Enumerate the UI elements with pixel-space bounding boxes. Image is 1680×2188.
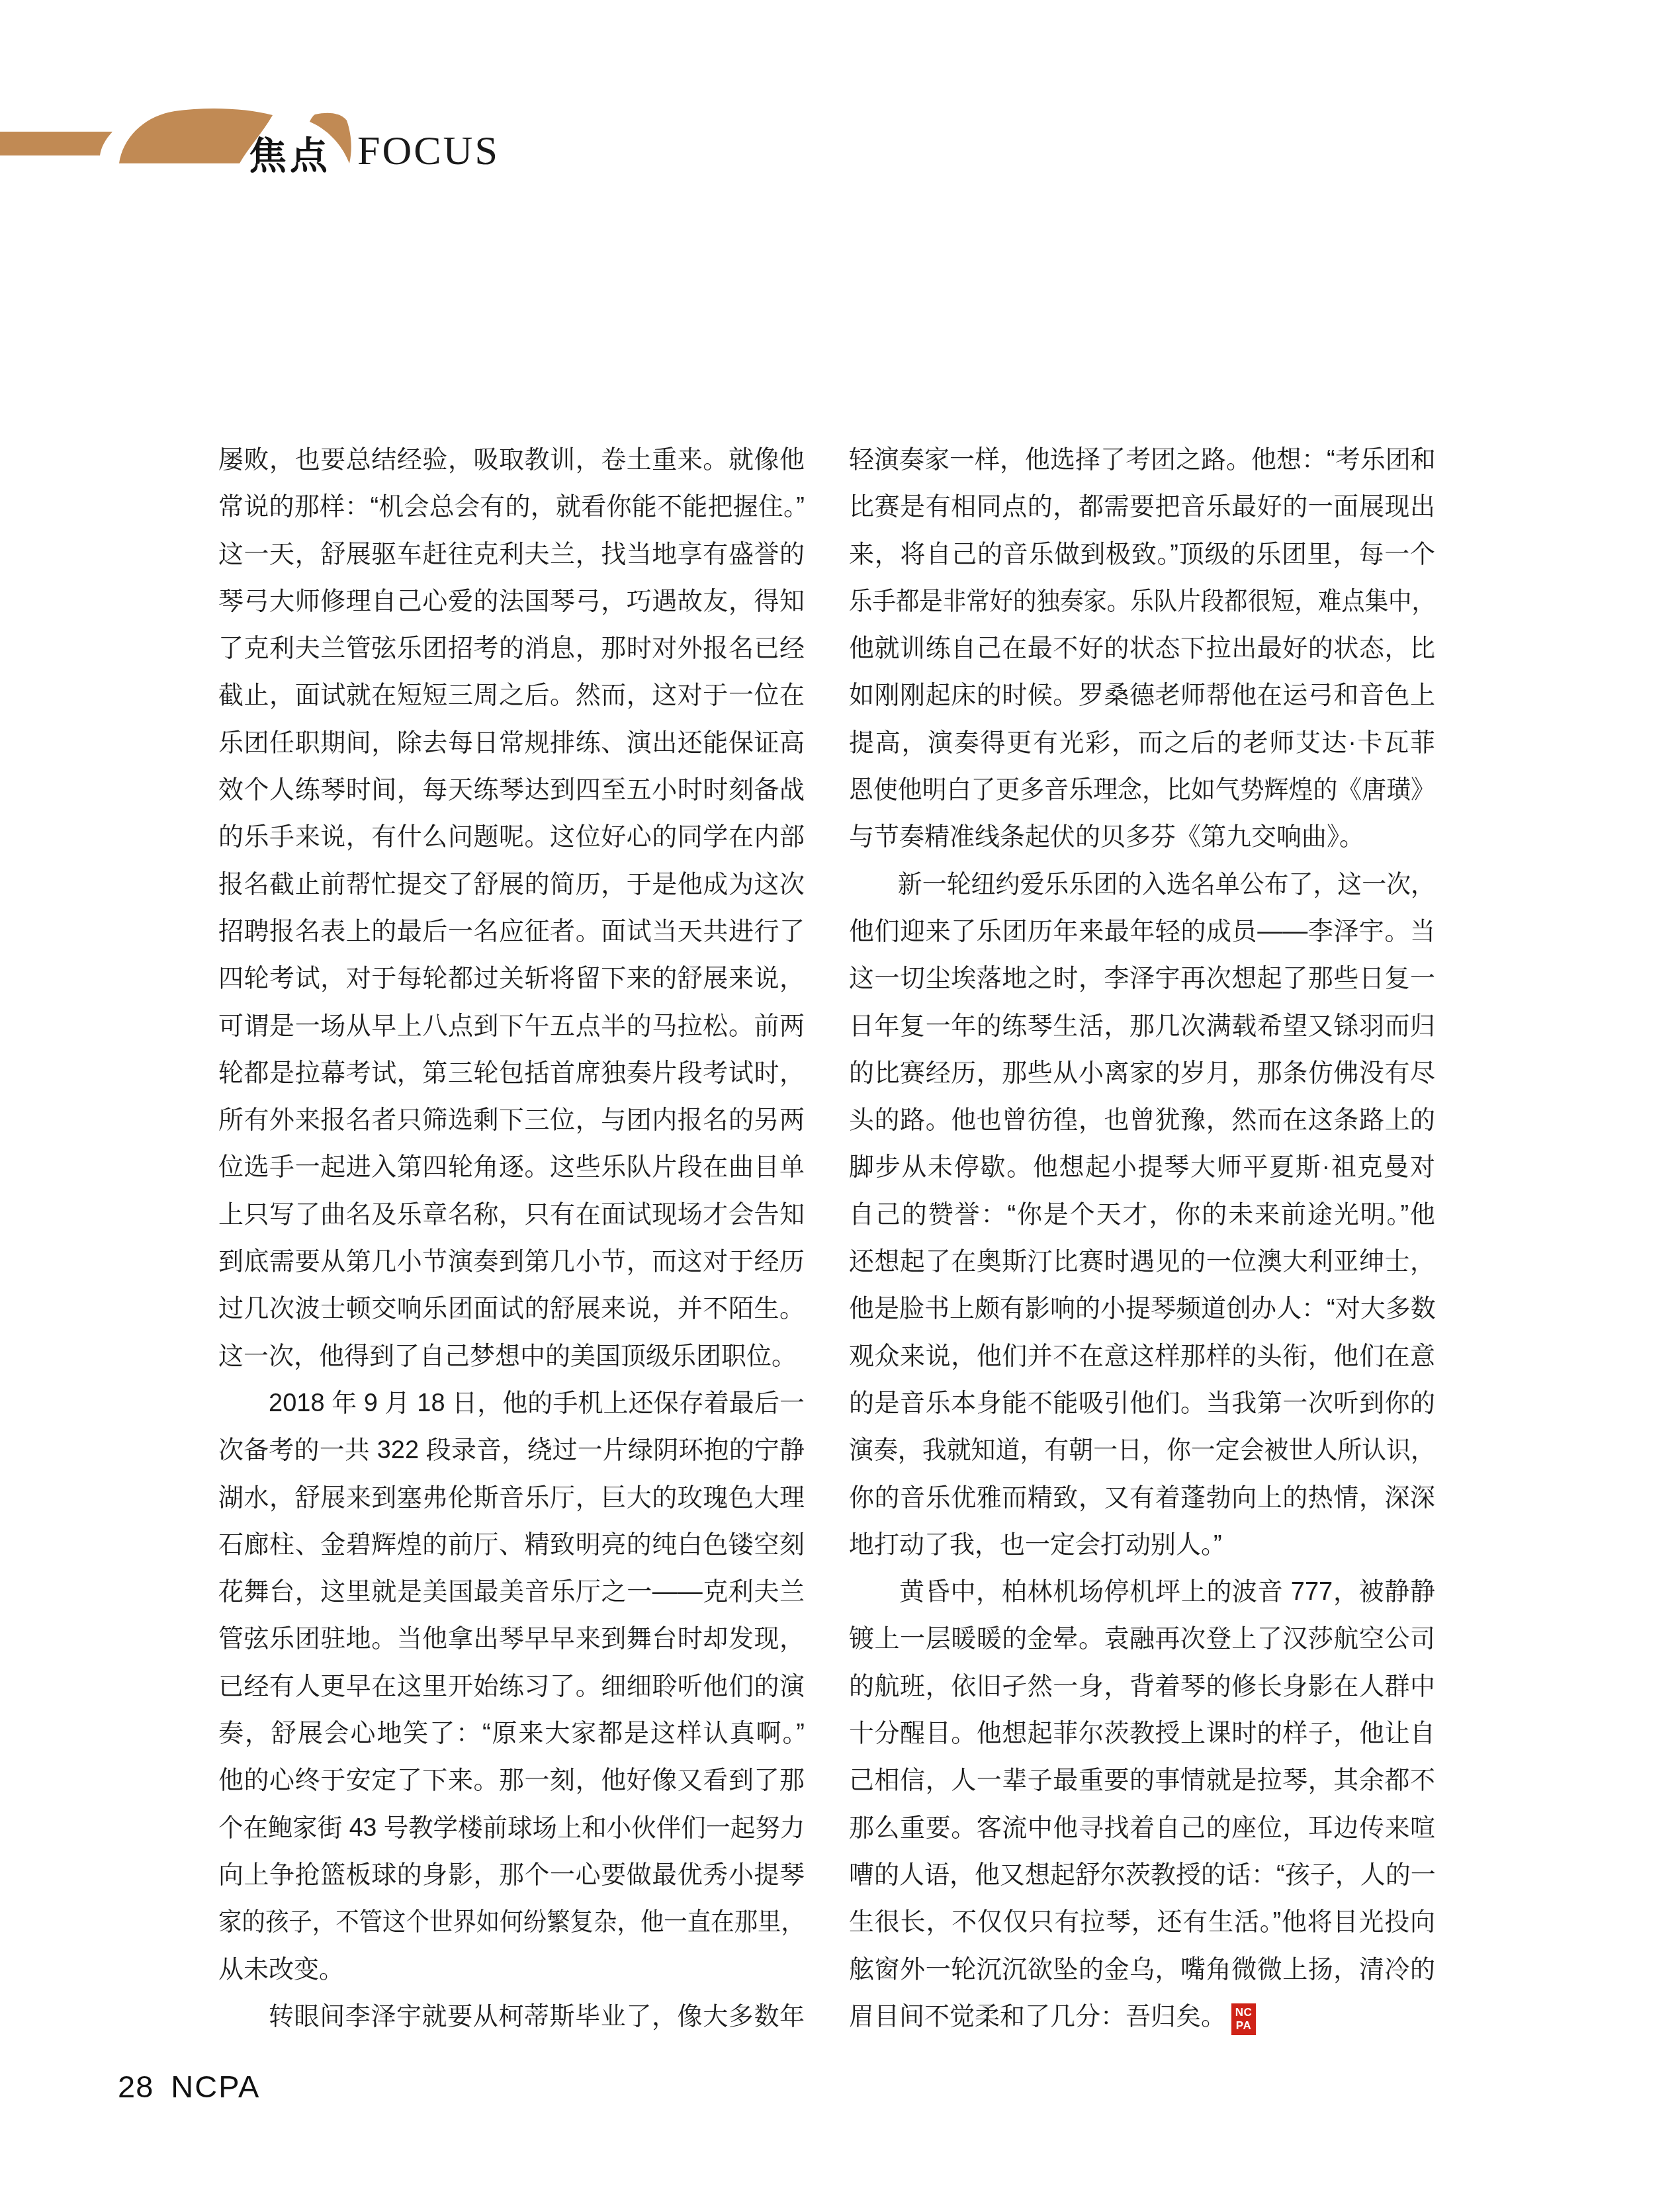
- page-footer: 28NCPA: [118, 2068, 260, 2105]
- text-line: 个在鲍家街 43 号教学楼前球场上和小伙伴们一起努力: [218, 1805, 796, 1852]
- text-line: 这一次，他得到了自己梦想中的美国顶级乐团职位。: [218, 1333, 805, 1380]
- text-line: 四轮考试，对于每轮都过关斩将留下来的舒展来说，: [218, 955, 805, 1002]
- text-line: 那么重要。客流中他寻找着自己的座位，耳边传来喧: [849, 1805, 1435, 1852]
- text-line: 奏，舒展会心地笑了：“原来大家都是这样认真啊。”: [218, 1710, 805, 1757]
- text-line: 常说的那样：“机会总会有的，就看你能不能把握住。”: [218, 484, 805, 531]
- text-line: 上只写了曲名及乐章名称，只有在面试现场才会告知: [218, 1192, 805, 1239]
- text-line: 演奏，我就知道，有朝一日，你一定会被世人所认识，: [849, 1427, 1419, 1474]
- text-line: 位选手一起进入第四轮角逐。这些乐队片段在曲目单: [218, 1144, 805, 1191]
- text-line: 的航班，依旧孑然一身，背着琴的修长身影在人群中: [849, 1663, 1435, 1710]
- text-line: 如刚刚起床的时候。罗桑德老师帮他在运弓和音色上: [849, 672, 1435, 719]
- text-line: 他的心终于安定了下来。那一刻，他好像又看到了那: [218, 1757, 805, 1804]
- text-line: 可谓是一场从早上八点到下午五点半的马拉松。前两: [218, 1003, 805, 1050]
- text-line: 到底需要从第几小节演奏到第几小节，而这对于经历: [218, 1239, 805, 1286]
- text-line: 恩使他明白了更多音乐理念，比如气势辉煌的《唐璜》: [849, 767, 1419, 814]
- text-line: 所有外来报名者只筛选剩下三位，与团内报名的另两: [218, 1097, 805, 1144]
- ncpa-end-mark: NCPA: [1231, 2003, 1256, 2035]
- text-line: 截止，面试就在短短三周之后。然而，这对于一位在: [218, 672, 805, 719]
- text-line: 眉目间不觉柔和了几分：吾归矣。NCPA: [849, 1993, 1435, 2040]
- text-line: 屡败，也要总结经验，吸取教训，卷土重来。就像他: [218, 437, 805, 484]
- text-line: 己相信，人一辈子最重要的事情就是拉琴，其余都不: [849, 1757, 1435, 1804]
- text-line: 这一切尘埃落地之时，李泽宇再次想起了那些日复一: [849, 955, 1435, 1002]
- text-line: 这一天，舒展驱车赶往克利夫兰，找当地享有盛誉的: [218, 531, 805, 578]
- text-line: 花舞台，这里就是美国最美音乐厅之一——克利夫兰: [218, 1569, 805, 1616]
- logo-title-cn: 焦点: [249, 126, 331, 180]
- text-line: 日年复一年的练琴生活，那几次满载希望又铩羽而归: [849, 1003, 1435, 1050]
- magazine-page: 焦点 FOCUS 屡败，也要总结经验，吸取教训，卷土重来。就像他常说的那样：“机…: [0, 0, 1680, 2188]
- text-line: 向上争抢篮板球的身影，那个一心要做最优秀小提琴: [218, 1852, 805, 1899]
- text-line: 与节奏精准线条起伏的贝多芬《第九交响曲》。: [849, 814, 1435, 861]
- text-line: 的比赛经历，那些从小离家的岁月，那条仿佛没有尽: [849, 1050, 1435, 1097]
- text-line: 已经有人更早在这里开始练习了。细细聆听他们的演: [218, 1663, 805, 1710]
- text-line: 观众来说，他们并不在意这样那样的头衔，他们在意: [849, 1333, 1435, 1380]
- page-number: 28: [118, 2069, 154, 2104]
- logo-title-en: FOCUS: [357, 128, 500, 175]
- text-line: 十分醒目。他想起菲尔茨教授上课时的样子，他让自: [849, 1710, 1435, 1757]
- text-line: 乐团任职期间，除去每日常规排练、演出还能保证高: [218, 720, 805, 767]
- text-line: 从未改变。: [218, 1947, 805, 1993]
- text-line: 次备考的一共 322 段录音，绕过一片绿阴环抱的宁静: [218, 1427, 805, 1474]
- text-line: 来，将自己的音乐做到极致。”顶级的乐团里，每一个: [849, 531, 1435, 578]
- article-column-left: 屡败，也要总结经验，吸取教训，卷土重来。就像他常说的那样：“机会总会有的，就看你…: [218, 437, 805, 2040]
- text-line: 自己的赞誉：“你是个天才，你的未来前途光明。”他: [849, 1192, 1435, 1239]
- text-line: 镀上一层暖暖的金晕。袁融再次登上了汉莎航空公司: [849, 1616, 1435, 1663]
- text-line: 轻演奏家一样，他选择了考团之路。他想：“考乐团和: [849, 437, 1435, 484]
- text-line: 琴弓大师修理自己心爱的法国琴弓，巧遇故友，得知: [218, 578, 805, 625]
- text-line: 提高，演奏得更有光彩，而之后的老师艾达·卡瓦菲: [849, 720, 1435, 767]
- text-line: 生很长，不仅仅只有拉琴，还有生活。”他将目光投向: [849, 1899, 1435, 1946]
- text-line: 过几次波士顿交响乐团面试的舒展来说，并不陌生。: [218, 1286, 805, 1333]
- text-line: 他们迎来了乐团历年来最年轻的成员——李泽宇。当: [849, 908, 1435, 955]
- magazine-abbr: NCPA: [171, 2069, 260, 2104]
- text-line: 脚步从未停歇。他想起小提琴大师平夏斯·祖克曼对: [849, 1144, 1435, 1191]
- text-line: 黄昏中，柏林机场停机坪上的波音 777，被静静: [849, 1569, 1435, 1616]
- text-line: 石廊柱、金碧辉煌的前厅、精致明亮的纯白色镂空刻: [218, 1522, 805, 1569]
- text-line: 还想起了在奥斯汀比赛时遇见的一位澳大利亚绅士，: [849, 1239, 1435, 1286]
- text-line: 头的路。他也曾彷徨，也曾犹豫，然而在这条路上的: [849, 1097, 1435, 1144]
- text-line: 了克利夫兰管弦乐团招考的消息，那时对外报名已经: [218, 625, 805, 672]
- text-line: 效个人练琴时间，每天练琴达到四至五小时时刻备战: [218, 767, 805, 814]
- text-line: 的乐手来说，有什么问题呢。这位好心的同学在内部: [218, 814, 805, 861]
- text-line: 轮都是拉幕考试，第三轮包括首席独奏片段考试时，: [218, 1050, 805, 1097]
- text-line: 嘈的人语，他又想起舒尔茨教授的话：“孩子，人的一: [849, 1852, 1435, 1899]
- text-line: 你的音乐优雅而精致，又有着蓬勃向上的热情，深深: [849, 1475, 1435, 1522]
- text-line: 家的孩子，不管这个世界如何纷繁复杂，他一直在那里，: [218, 1899, 765, 1946]
- text-line: 比赛是有相同点的，都需要把音乐最好的一面展现出: [849, 484, 1435, 531]
- text-line: 地打动了我，也一定会打动别人。”: [849, 1522, 1435, 1569]
- text-line: 乐手都是非常好的独奏家。乐队片段都很短，难点集中，: [849, 578, 1395, 625]
- text-line: 他就训练自己在最不好的状态下拉出最好的状态，比: [849, 625, 1435, 672]
- text-line: 湖水，舒展来到塞弗伦斯音乐厅，巨大的玫瑰色大理: [218, 1475, 805, 1522]
- text-line: 转眼间李泽宇就要从柯蒂斯毕业了，像大多数年: [218, 1993, 805, 2040]
- text-line: 的是音乐本身能不能吸引他们。当我第一次听到你的: [849, 1380, 1435, 1427]
- text-line: 舷窗外一轮沉沉欲坠的金乌，嘴角微微上扬，清冷的: [849, 1947, 1435, 1993]
- article-column-right: 轻演奏家一样，他选择了考团之路。他想：“考乐团和比赛是有相同点的，都需要把音乐最…: [849, 437, 1435, 2040]
- text-line: 他是脸书上颇有影响的小提琴频道创办人：“对大多数: [849, 1286, 1435, 1333]
- text-line: 招聘报名表上的最后一名应征者。面试当天共进行了: [218, 908, 805, 955]
- text-line: 管弦乐团驻地。当他拿出琴早早来到舞台时却发现，: [218, 1616, 805, 1663]
- text-line: 新一轮纽约爱乐乐团的入选名单公布了，这一次，: [849, 861, 1419, 908]
- text-line: 报名截止前帮忙提交了舒展的简历，于是他成为这次: [218, 861, 805, 908]
- text-line: 2018 年 9 月 18 日，他的手机上还保存着最后一: [218, 1380, 805, 1427]
